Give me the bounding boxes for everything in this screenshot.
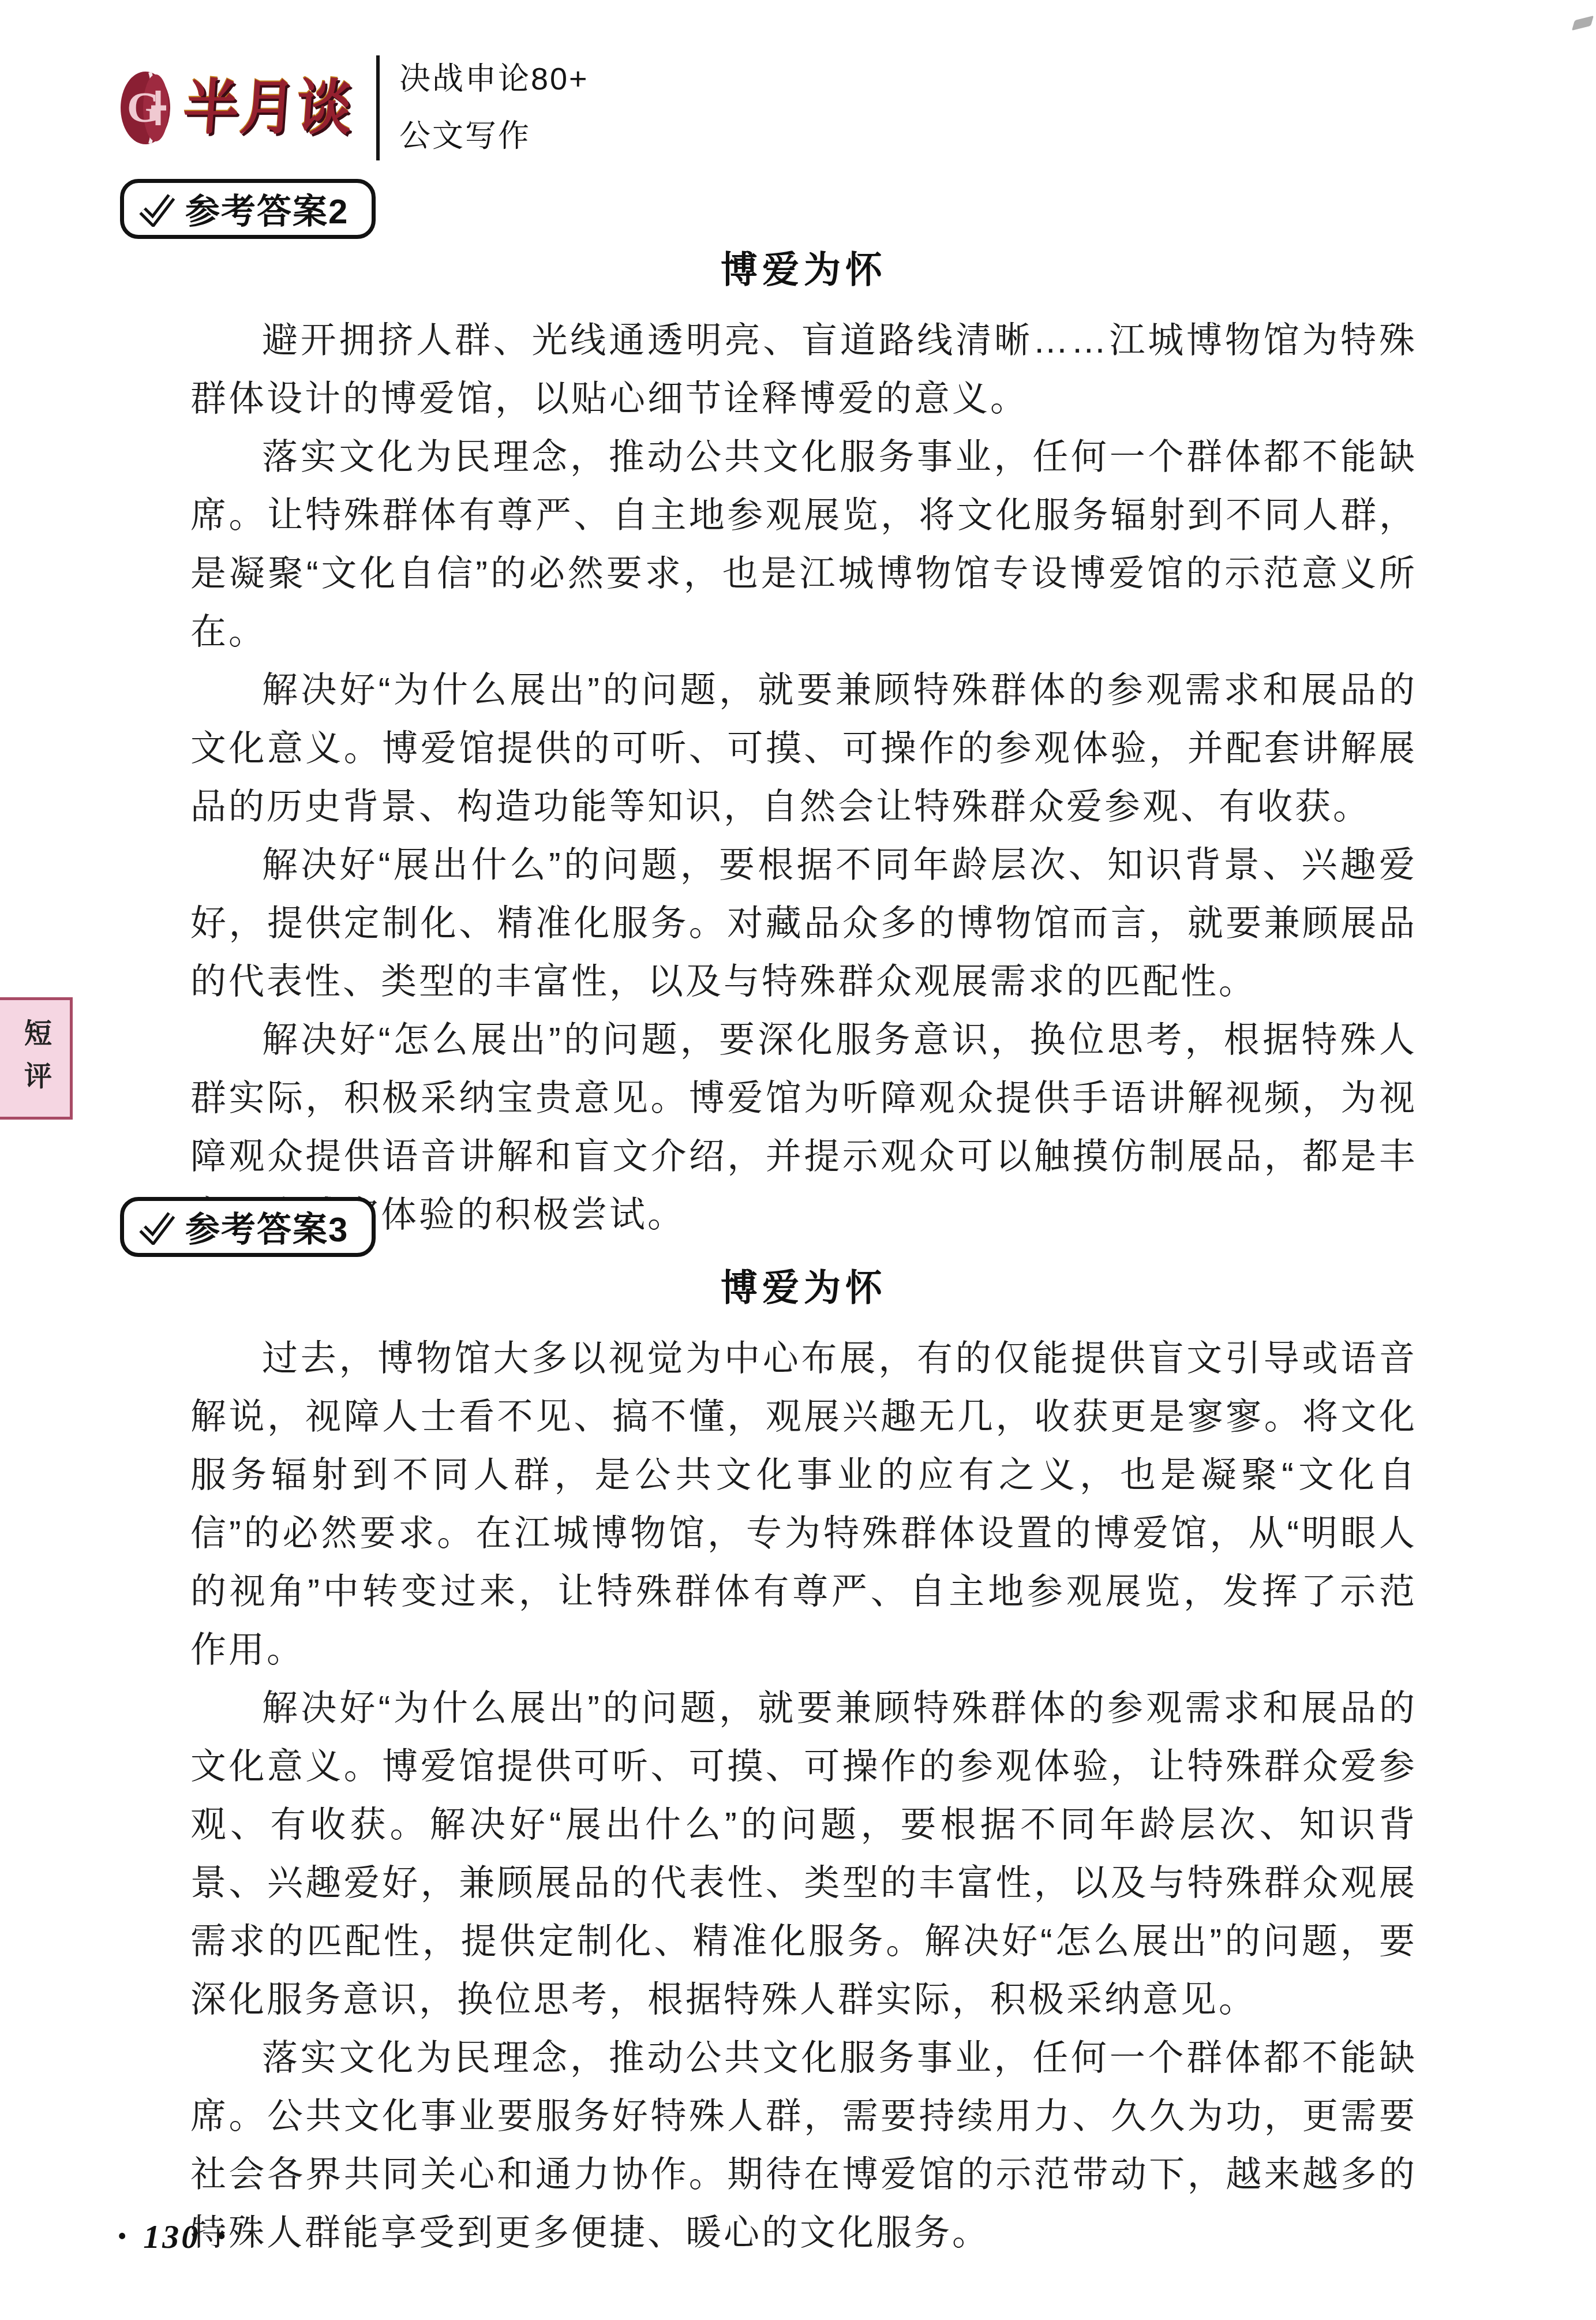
essay2-paragraph-3: 解决好“为什么展出”的问题，就要兼顾特殊群体的参观需求和展品的文化意义。博爱馆提… [190,661,1417,836]
header-divider [376,55,380,160]
answer3-badge: 参考答案3 [120,1197,376,1257]
essay2-title: 博爱为怀 [190,249,1417,290]
essay2-paragraph-2: 落实文化为民理念，推动公共文化服务事业，任何一个群体都不能缺席。让特殊群体有尊严… [190,428,1417,661]
series-title-block: 决战申论80+ 公文写作 [399,51,589,165]
answer2-badge: 参考答案2 [120,179,376,239]
page-header: G 半月谈 决战申论80+ 公文写作 [120,51,589,165]
essay3-body: 过去，博物馆大多以视觉为中心布展，有的仅能提供盲文引导或语音解说，视障人士看不见… [190,1330,1417,2262]
essay2-body: 避开拥挤人群、光线通透明亮、盲道路线清晰……江城博物馆为特殊群体设计的博爱馆，以… [190,312,1417,1244]
margin-tab-label: 短评 [21,1013,49,1104]
footer-dot-left: • [118,2224,126,2249]
essay3-paragraph-3: 落实文化为民理念，推动公共文化服务事业，任何一个群体都不能缺席。公共文化事业要服… [190,2029,1417,2262]
margin-tab-short-review: 短评 [0,997,73,1120]
banyuetan-logo: G 半月谈 [120,63,353,153]
check-icon [138,191,176,227]
page-footer: • 130 • [118,2217,226,2256]
essay3-paragraph-2: 解决好“为什么展出”的问题，就要兼顾特殊群体的参观需求和展品的文化意义。博爱馆提… [190,1679,1417,2029]
essay3-paragraph-1: 过去，博物馆大多以视觉为中心布展，有的仅能提供盲文引导或语音解说，视障人士看不见… [190,1330,1417,1679]
page-number: 130 [143,2217,200,2256]
essay3-title: 博爱为怀 [190,1267,1417,1308]
footer-dot-right: • [218,2224,225,2249]
logo-wordmark: 半月谈 [181,78,355,138]
series-line-1: 决战申论80+ [399,51,589,108]
scanned-book-page: G 半月谈 决战申论80+ 公文写作 参考答案2 博爱为怀 避开拥挤人群、光线通… [0,0,1596,2320]
check-icon [138,1209,176,1245]
banyuetan-globe-icon: G [120,63,175,153]
essay2-paragraph-4: 解决好“展出什么”的问题，要根据不同年龄层次、知识背景、兴趣爱好，提供定制化、精… [190,836,1417,1011]
answer3-badge-label: 参考答案3 [185,1202,349,1252]
series-line-2: 公文写作 [399,108,589,165]
answer2-badge-label: 参考答案2 [185,184,349,234]
scan-artifact [1572,16,1594,31]
essay2-paragraph-1: 避开拥挤人群、光线通透明亮、盲道路线清晰……江城博物馆为特殊群体设计的博爱馆，以… [190,312,1417,428]
